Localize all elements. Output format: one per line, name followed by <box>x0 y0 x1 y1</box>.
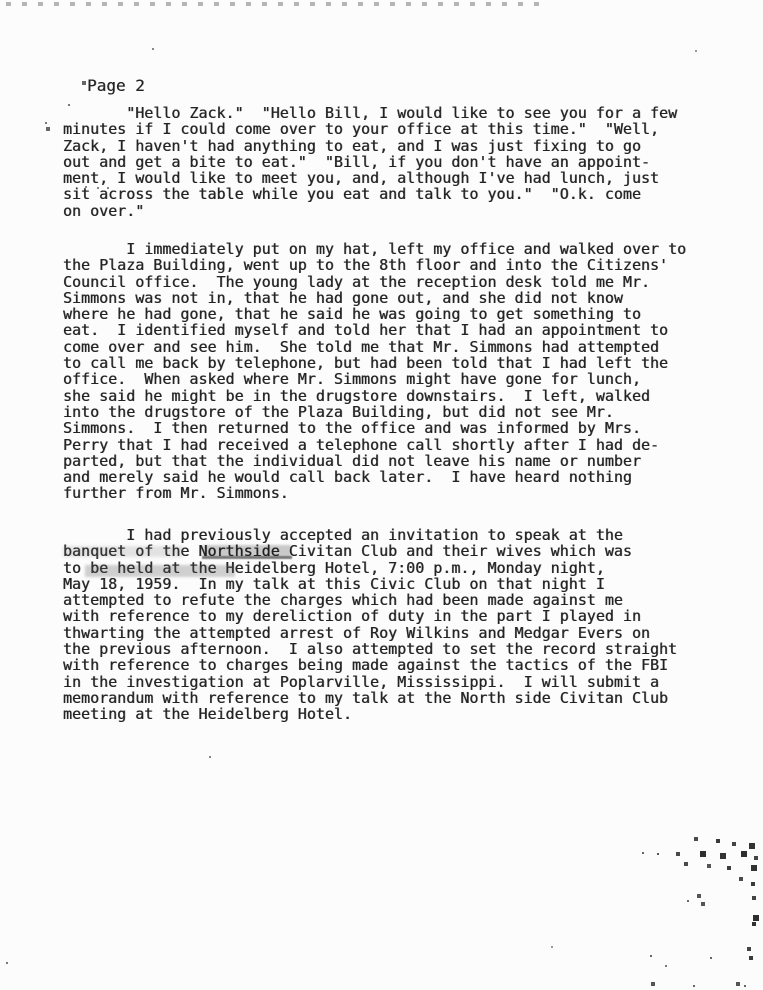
scanned-document-page: Page 2 "Hello Zack." "Hello Bill, I woul… <box>0 0 763 990</box>
paragraph-plaza-building-visit: I immediately put on my hat, left my off… <box>63 241 723 502</box>
page-number-label: Page 2 <box>87 76 145 95</box>
scan-edge-dots <box>6 2 546 6</box>
paragraph-dialogue: "Hello Zack." "Hello Bill, I would like … <box>63 105 723 219</box>
scan-noise-speckles <box>0 0 2 2</box>
paragraph-civitan-club-talk: I had previously accepted an invitation … <box>63 527 723 723</box>
